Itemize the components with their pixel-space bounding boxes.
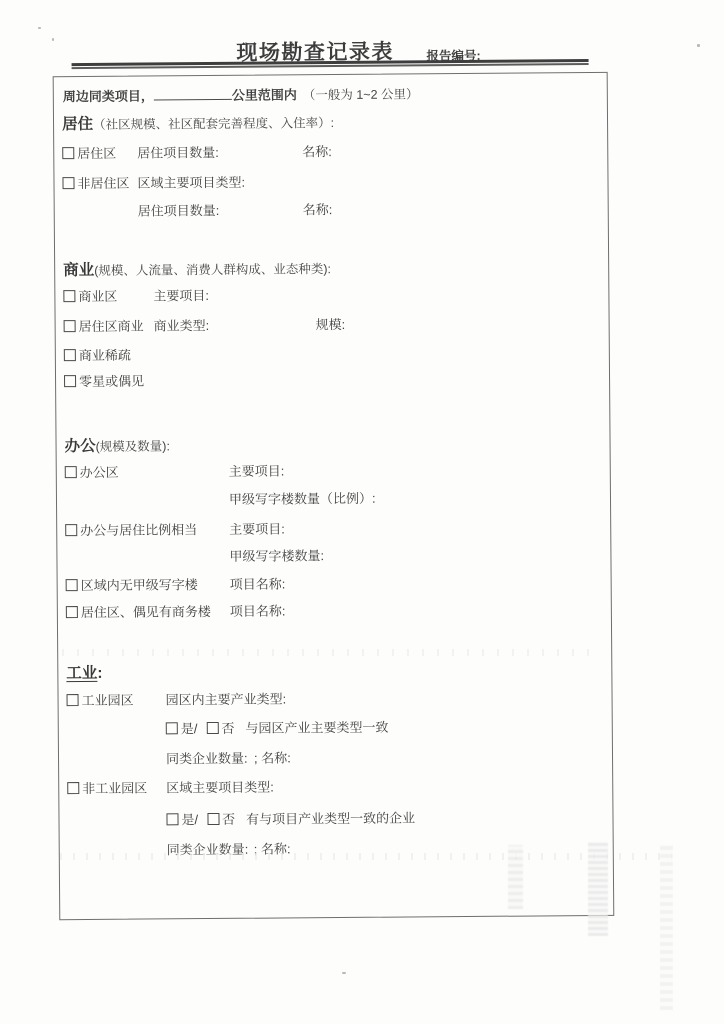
residential-heading-note: （社区规模、社区配套完善程度、入住率）: bbox=[93, 116, 334, 132]
industry-row-non-park-yesno: 是/否有与项目产业类型一致的企业 bbox=[59, 806, 612, 830]
scan-streak bbox=[588, 842, 608, 936]
office-row-grade-a-count: 甲级写字楼数量: bbox=[57, 543, 610, 567]
checkbox-icon bbox=[64, 349, 76, 361]
yesno-question: 有与项目产业类型一致的企业 bbox=[246, 810, 415, 826]
checkbox-icon bbox=[67, 694, 79, 706]
field-label: 商业类型: bbox=[154, 315, 210, 334]
commercial-heading-label: 商业 bbox=[63, 262, 94, 279]
industry-row-park-count: 同类企业数量: ; 名称: bbox=[59, 745, 612, 769]
checkbox-icon bbox=[166, 813, 178, 825]
scope-suffix: 公里范围内 bbox=[232, 87, 297, 103]
checkbox-icon bbox=[65, 466, 77, 478]
checkbox-label: 居住区、偶见有商务楼 bbox=[81, 604, 211, 620]
commercial-heading: 商业(规模、人流量、消费人群构成、业态种类): bbox=[55, 254, 608, 278]
checkbox-label: 非工业园区 bbox=[82, 781, 147, 797]
industry-row-non-park: 非工业园区 区域主要项目类型: bbox=[59, 774, 612, 798]
yesno-question: 与园区产业主要类型一致 bbox=[245, 720, 388, 736]
fill-in-blank bbox=[154, 87, 232, 101]
scan-streak bbox=[660, 845, 673, 1010]
checkbox-label: 居住区 bbox=[77, 146, 116, 161]
checkbox-label: 工业园区 bbox=[82, 693, 134, 708]
checkbox-icon bbox=[64, 320, 76, 332]
commercial-row-residential-commerce: 居住区商业 商业类型: 规模: bbox=[56, 312, 609, 336]
commercial-row-district: 商业区 主要项目: bbox=[55, 282, 608, 306]
office-row-balanced: 办公与居住比例相当 主要项目: bbox=[57, 516, 610, 540]
checkbox-label: 办公区 bbox=[80, 465, 119, 480]
office-row-grade-a-ratio: 甲级写字楼数量（比例）: bbox=[57, 486, 610, 510]
scan-streak bbox=[508, 845, 523, 909]
checkbox-icon bbox=[166, 722, 178, 734]
field-label: 区域主要项目类型: bbox=[137, 172, 245, 192]
form-box: 周边同类项目，公里范围内（一般为 1~2 公里） 居住（社区规模、社区配套完善程… bbox=[53, 72, 615, 920]
scan-noise-band bbox=[60, 853, 672, 860]
checkbox-icon bbox=[62, 177, 74, 189]
checkbox-icon bbox=[66, 579, 78, 591]
industry-heading-colon: : bbox=[97, 665, 102, 682]
checkbox-icon bbox=[62, 147, 74, 159]
checkbox-icon bbox=[66, 606, 78, 618]
scan-speck bbox=[697, 44, 700, 47]
checkbox-icon bbox=[65, 524, 77, 536]
industry-heading: 工业: bbox=[58, 657, 611, 681]
yes-label: 是/ bbox=[181, 721, 198, 736]
field-label: 主要项目: bbox=[229, 518, 285, 537]
checkbox-label: 区域内无甲级写字楼 bbox=[81, 577, 198, 593]
office-row-occasional-business: 居住区、偶见有商务楼 项目名称: bbox=[58, 598, 611, 622]
industry-heading-label: 工业 bbox=[66, 665, 97, 682]
checkbox-label: 办公与居住比例相当 bbox=[80, 522, 197, 538]
residential-heading: 居住（社区规模、社区配套完善程度、入住率）: bbox=[54, 108, 607, 132]
field-label: 园区内主要产业类型: bbox=[165, 688, 286, 708]
industry-row-park: 工业园区 园区内主要产业类型: bbox=[58, 686, 611, 710]
field-label: 主要项目: bbox=[153, 285, 209, 304]
field-label: 居住项目数量: bbox=[138, 200, 220, 220]
field-label: 同类企业数量: bbox=[166, 748, 248, 768]
residential-row-count: 居住项目数量: 名称: bbox=[55, 197, 608, 221]
checkbox-icon bbox=[206, 722, 218, 734]
scan-speck bbox=[342, 972, 346, 974]
scanned-page: 现场勘查记录表 报告编号: 周边同类项目，公里范围内（一般为 1~2 公里） 居… bbox=[0, 0, 724, 1024]
scope-note: （一般为 1~2 公里） bbox=[303, 87, 419, 102]
field-label: 规模: bbox=[316, 314, 346, 333]
checkbox-label: 非居住区 bbox=[77, 176, 129, 191]
scope-line: 周边同类项目，公里范围内（一般为 1~2 公里） bbox=[54, 82, 607, 106]
field-label: 甲级写字楼数量（比例）: bbox=[229, 488, 376, 508]
no-label: 否 bbox=[221, 721, 234, 736]
no-label: 否 bbox=[222, 812, 235, 827]
checkbox-label: 商业稀疏 bbox=[79, 348, 131, 363]
field-label: 项目名称: bbox=[230, 600, 286, 619]
scope-prefix: 周边同类项目， bbox=[63, 88, 154, 104]
office-heading: 办公(规模及数量): bbox=[56, 430, 609, 454]
scan-speck bbox=[38, 27, 41, 29]
commercial-heading-note: (规模、人流量、消费人群构成、业态种类): bbox=[94, 262, 331, 278]
commercial-row-sparse: 商业稀疏 bbox=[56, 341, 609, 365]
field-label: 主要项目: bbox=[229, 460, 285, 479]
field-label: 区域主要项目类型: bbox=[166, 777, 274, 797]
residential-row-non-residence: 非居住区 区域主要项目类型: bbox=[54, 169, 607, 193]
field-label: 居住项目数量: bbox=[137, 142, 219, 162]
field-label: 名称: bbox=[303, 199, 333, 218]
field-label: 甲级写字楼数量: bbox=[229, 545, 324, 565]
checkbox-label: 零星或偶见 bbox=[79, 374, 144, 390]
checkbox-icon bbox=[207, 813, 219, 825]
office-row-no-grade-a: 区域内无甲级写字楼 项目名称: bbox=[58, 571, 611, 595]
residential-row-residence: 居住区 居住项目数量: 名称: bbox=[54, 139, 607, 163]
checkbox-icon bbox=[67, 782, 79, 794]
checkbox-label: 居住区商业 bbox=[79, 319, 144, 335]
field-label: ; 名称: bbox=[254, 747, 291, 766]
office-row-district: 办公区 主要项目: bbox=[57, 458, 610, 482]
checkbox-icon bbox=[64, 375, 76, 387]
scan-speck bbox=[52, 38, 54, 41]
office-heading-label: 办公 bbox=[65, 438, 96, 455]
residential-heading-label: 居住 bbox=[62, 116, 93, 133]
yes-label: 是/ bbox=[181, 812, 198, 827]
office-heading-note: (规模及数量): bbox=[96, 439, 170, 454]
scan-noise-band bbox=[62, 649, 602, 656]
field-label: 名称: bbox=[302, 141, 332, 160]
document-sheet: 现场勘查记录表 报告编号: 周边同类项目，公里范围内（一般为 1~2 公里） 居… bbox=[0, 0, 724, 1024]
checkbox-icon bbox=[63, 290, 75, 302]
checkbox-label: 商业区 bbox=[78, 289, 117, 304]
industry-row-park-yesno: 是/否与园区产业主要类型一致 bbox=[59, 715, 612, 739]
commercial-row-scattered: 零星或偶见 bbox=[56, 367, 609, 391]
field-label: 项目名称: bbox=[230, 573, 286, 592]
